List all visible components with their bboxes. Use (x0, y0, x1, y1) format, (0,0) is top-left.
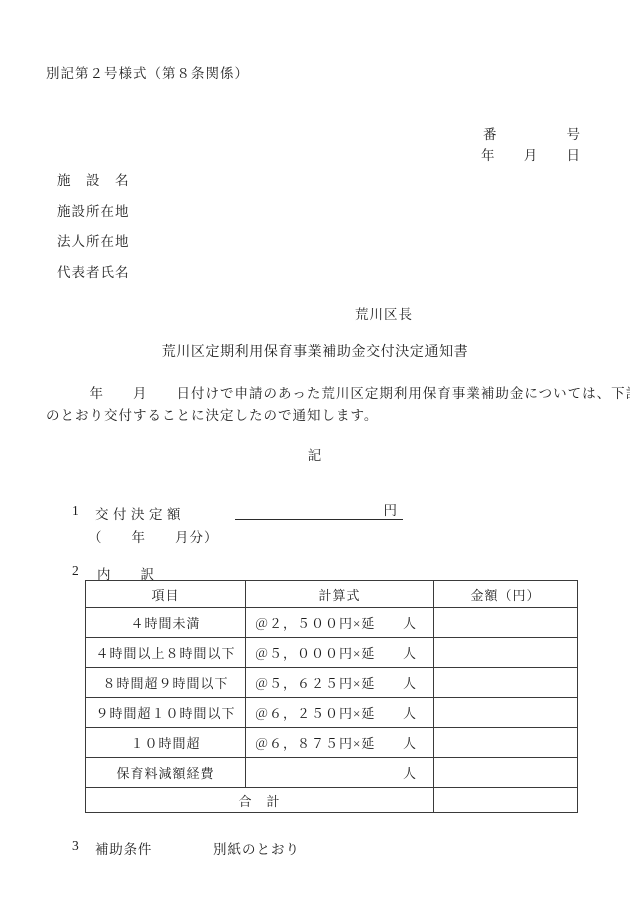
record-marker: 記 (0, 444, 630, 464)
amount-cell (434, 698, 578, 728)
table-row: ４時間以上８時間以下 ＠５，０００円×延人 (86, 638, 578, 668)
table-total-row: 合 計 (86, 788, 578, 813)
amount-cell (434, 608, 578, 638)
document-title: 荒川区定期利用保育事業補助金交付決定通知書 (0, 341, 630, 361)
formula-cell: ＠６，８７５円×延人 (246, 728, 434, 758)
formula-cell: ＠５，０００円×延人 (246, 638, 434, 668)
facility-address-label: 施設所在地 (57, 200, 130, 220)
amount-cell (434, 758, 578, 788)
formula-text: ＠２，５００円×延 (255, 613, 375, 632)
section1-label: 交付決定額 (95, 503, 185, 523)
total-amount-cell (434, 788, 578, 813)
formula-cell: ＠６，２５０円×延人 (246, 698, 434, 728)
item-cell: 保育料減額経費 (86, 758, 246, 788)
section1-number: 1 (72, 503, 80, 519)
header-item: 項目 (86, 581, 246, 608)
table-row: ９時間超１０時間以下 ＠６，２５０円×延人 (86, 698, 578, 728)
form-number-label: 別記第２号様式（第８条関係） (46, 62, 249, 82)
table-header-row: 項目 計算式 金額（円） (86, 581, 578, 608)
ref-number-prefix: 番 (483, 123, 498, 143)
grant-amount-blank-field: 円 (235, 499, 403, 520)
formula-text: ＠６，８７５円×延 (255, 733, 375, 752)
item-cell: ８時間超９時間以下 (86, 668, 246, 698)
header-formula: 計算式 (246, 581, 434, 608)
item-cell: １０時間超 (86, 728, 246, 758)
amount-cell (434, 728, 578, 758)
table-row: １０時間超 ＠６，８７５円×延人 (86, 728, 578, 758)
total-label-cell: 合 計 (86, 788, 434, 813)
representative-name-label: 代表者氏名 (57, 261, 130, 281)
section3-number: 3 (72, 838, 80, 854)
body-paragraph-line1: 年 月 日付けで申請のあった荒川区定期利用保育事業補助金については、下記 (46, 382, 606, 402)
amount-cell (434, 668, 578, 698)
date-day-label: 日 (567, 144, 582, 164)
table-row: ４時間未満 ＠２，５００円×延人 (86, 608, 578, 638)
unit-person-label: 人 (403, 643, 417, 662)
section3-value: 別紙のとおり (213, 838, 300, 858)
formula-text: ＠５，６２５円×延 (255, 673, 375, 692)
breakdown-table: 項目 計算式 金額（円） ４時間未満 ＠２，５００円×延人 ４時間以上８時間以下… (85, 580, 578, 813)
date-month-label: 月 (524, 144, 539, 164)
amount-cell (434, 638, 578, 668)
ref-number-suffix: 号 (567, 123, 582, 143)
yen-unit-label: 円 (384, 503, 399, 518)
formula-cell: 人 (246, 758, 434, 788)
corporate-address-label: 法人所在地 (57, 230, 130, 250)
issue-date-line: 年 月 日 (481, 144, 581, 164)
unit-person-label: 人 (403, 673, 417, 692)
unit-person-label: 人 (403, 613, 417, 632)
unit-person-label: 人 (403, 733, 417, 752)
section2-number: 2 (72, 563, 80, 579)
section1-period-note: （ 年 月分） (88, 526, 219, 546)
table-row: ８時間超９時間以下 ＠５，６２５円×延人 (86, 668, 578, 698)
unit-person-label: 人 (403, 763, 417, 782)
item-cell: ４時間以上８時間以下 (86, 638, 246, 668)
formula-text: ＠５，０００円×延 (255, 643, 375, 662)
document-page: { "doc": { "form_label": "別記第２号様式（第８条関係）… (0, 0, 630, 903)
reference-number-line: 番 号 (483, 123, 581, 143)
item-cell: ４時間未満 (86, 608, 246, 638)
recipient-block: 施 設 名 施設所在地 法人所在地 代表者氏名 (57, 169, 130, 291)
section3-label: 補助条件 (95, 838, 152, 858)
facility-name-label: 施 設 名 (57, 169, 130, 189)
header-amount: 金額（円） (434, 581, 578, 608)
formula-text: ＠６，２５０円×延 (255, 703, 375, 722)
formula-cell: ＠５，６２５円×延人 (246, 668, 434, 698)
formula-cell: ＠２，５００円×延人 (246, 608, 434, 638)
unit-person-label: 人 (403, 703, 417, 722)
body-paragraph-line2: のとおり交付することに決定したので通知します。 (46, 404, 606, 424)
issuer-name: 荒川区長 (355, 303, 413, 323)
item-cell: ９時間超１０時間以下 (86, 698, 246, 728)
date-year-label: 年 (481, 144, 496, 164)
table-row: 保育料減額経費 人 (86, 758, 578, 788)
